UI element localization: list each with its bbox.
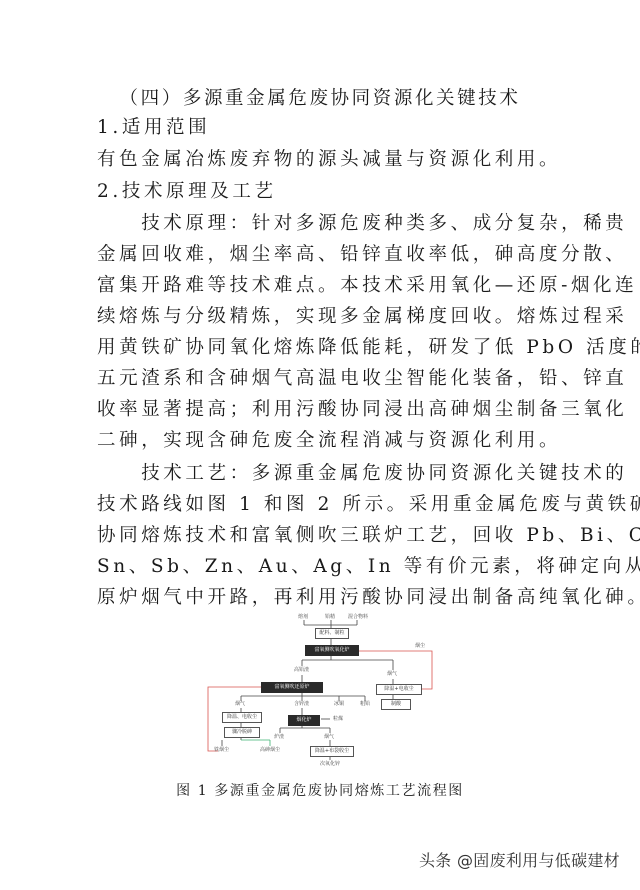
zinc-oxide-label: 次氧化锌 bbox=[320, 761, 340, 768]
acid-making-box: 制酸 bbox=[381, 699, 411, 710]
section-title: （四）多源重金属危废协同资源化关键技术 bbox=[0, 84, 640, 110]
process-line: Sn、Sb、Zn、Au、Ag、In 等有价元素，将砷定向从还 bbox=[97, 555, 543, 579]
principle-line: 富集开路难等技术难点。本技术采用氧化—还原-烟化连 bbox=[97, 274, 543, 298]
heading-scope: 1.适用范围 bbox=[97, 116, 543, 140]
oxidation-furnace-box: 富氧侧吹氧化炉 bbox=[305, 645, 359, 656]
principle-line: 收率显著提高；利用污酸协同浸出高砷烟尘制备三氧化 bbox=[97, 398, 543, 422]
figure-caption: 图 1 多源重金属危废协同熔炼工艺流程图 bbox=[0, 780, 640, 800]
smoke-dust-return-label: 烟尘 bbox=[415, 643, 425, 650]
scope-body: 有色金属冶炼废弃物的源头减量与资源化利用。 bbox=[97, 148, 543, 172]
cooling-dedust-right-box: 降温+电收尘 bbox=[376, 684, 422, 695]
principle-line: 续熔炼与分级精炼，实现多金属梯度回收。熔炼过程采 bbox=[97, 305, 543, 329]
low-arsenic-dust-label: 铁烟尘 bbox=[214, 747, 229, 754]
furnace-slag-label: 炉渣 bbox=[274, 734, 284, 741]
principle-line: 五元渣系和含砷烟气高温电收尘智能化装备，铅、锌直 bbox=[97, 367, 543, 391]
watermark: 头条 @固废利用与低碳建材 bbox=[419, 848, 620, 871]
process-line: 技术工艺：多源重金属危废协同资源化关键技术的 bbox=[97, 462, 543, 486]
principle-line: 金属回收难，烟尘率高、铅锌直收率低，砷高度分散、 bbox=[97, 243, 543, 267]
process-line: 协同熔炼技术和富氧侧吹三联炉工艺，回收 Pb、Bi、Cu、 bbox=[97, 524, 543, 548]
matte-label: 冰铜 bbox=[334, 701, 344, 708]
input-flux: 熔剂 bbox=[298, 614, 308, 621]
high-lead-slag-label: 高铅渣 bbox=[294, 667, 309, 674]
cooling-dedust-left-box: 降温、电收尘 bbox=[222, 712, 262, 723]
flue-gas-right-label: 烟气 bbox=[387, 671, 397, 678]
high-arsenic-dust-label: 高砷烟尘 bbox=[260, 747, 280, 754]
principle-line: 用黄铁矿协同氧化熔炼降低能耗，研发了低 PbO 活度的 bbox=[97, 336, 543, 360]
crude-lead-label: 粗铅 bbox=[360, 701, 370, 708]
input-mixed: 混合物料 bbox=[348, 614, 368, 621]
heading-principle: 2.技术原理及工艺 bbox=[97, 180, 543, 204]
input-lead: 铅精 bbox=[325, 614, 335, 621]
quench-arsenic-box: 骤冷脱砷 bbox=[224, 727, 260, 738]
process-flowchart: 熔剂 铅精 混合物料 配料、制粒 富氧侧吹氧化炉 烟尘 高铅渣 烟气 降温+电收… bbox=[0, 600, 640, 780]
fuming-furnace-box: 烟化炉 bbox=[288, 715, 320, 726]
mixing-box: 配料、制粒 bbox=[315, 628, 349, 639]
reduction-furnace-box: 富氧侧吹还原炉 bbox=[261, 682, 323, 693]
flue-gas-fuming-label: 烟气 bbox=[324, 734, 334, 741]
flue-gas-left-label: 烟气 bbox=[235, 701, 245, 708]
process-line: 技术路线如图 1 和图 2 所示。采用重金属危废与黄铁矿 bbox=[97, 493, 543, 517]
principle-line: 技术原理：针对多源危废种类多、成分复杂，稀贵 bbox=[97, 212, 543, 236]
cooling-bag-box: 降温+布袋收尘 bbox=[310, 746, 354, 757]
principle-line: 二砷，实现含砷危废全流程消减与资源化利用。 bbox=[97, 429, 543, 453]
zinc-slag-label: 含锌渣 bbox=[294, 701, 309, 708]
coal-label: 粒煤 bbox=[333, 716, 343, 723]
